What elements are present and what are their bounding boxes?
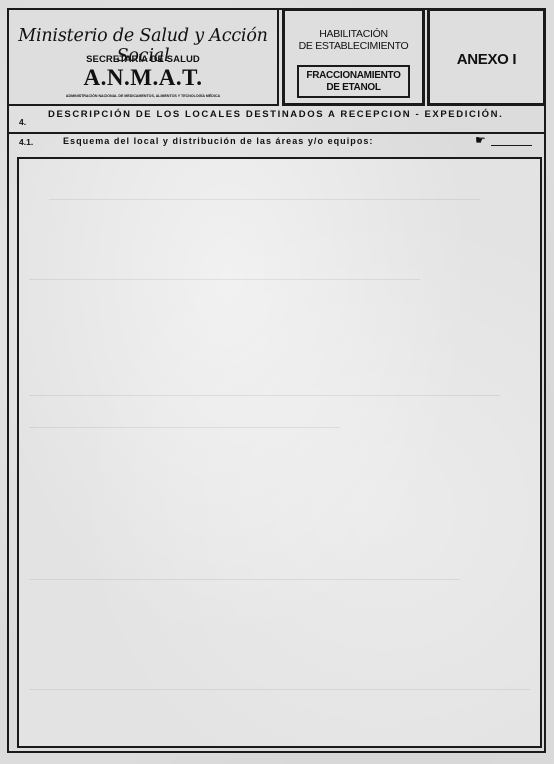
form-page: Ministerio de Salud y Acción Social SECR… — [0, 0, 554, 764]
section-4-1-row: 4.1. Esquema del local y distribución de… — [7, 134, 546, 150]
habilitacion-line1: HABILITACIÓN — [285, 28, 422, 40]
anmat-full-name: ADMINISTRACIÓN NACIONAL DE MEDICAMENTOS,… — [9, 94, 277, 98]
ministry-header-box: Ministerio de Salud y Acción Social SECR… — [7, 8, 279, 106]
secretaria-label: SECRETARÍA DE SALUD — [9, 54, 277, 65]
bleed-through-line — [29, 579, 460, 580]
fraccionamiento-box: FRACCIONAMIENTO DE ETANOL — [297, 65, 410, 98]
habilitacion-line2: DE ESTABLECIMIENTO — [285, 40, 422, 52]
anexo-box: ANEXO I — [427, 8, 546, 106]
section-4-row: 4. DESCRIPCIÓN DE LOS LOCALES DESTINADOS… — [7, 106, 546, 134]
habilitacion-title: HABILITACIÓN DE ESTABLECIMIENTO — [285, 28, 422, 52]
section-4-1-heading: Esquema del local y distribución de las … — [63, 136, 373, 146]
fraccionamiento-line2: DE ETANOL — [306, 82, 400, 94]
fill-line — [491, 145, 532, 146]
bleed-through-line — [29, 427, 340, 428]
section-4-1-number: 4.1. — [19, 137, 33, 147]
bleed-through-line — [29, 689, 530, 690]
section-4-number: 4. — [19, 117, 26, 127]
habilitacion-box: HABILITACIÓN DE ESTABLECIMIENTO FRACCION… — [282, 8, 425, 106]
pointing-hand-icon: ☛ — [475, 134, 486, 146]
fraccionamiento-line1: FRACCIONAMIENTO — [306, 70, 400, 82]
bleed-through-line — [49, 199, 480, 200]
anexo-label: ANEXO I — [430, 51, 543, 68]
bleed-through-line — [29, 279, 420, 280]
bleed-through-line — [29, 395, 500, 396]
section-4-heading: DESCRIPCIÓN DE LOS LOCALES DESTINADOS A … — [48, 110, 528, 120]
anmat-logo-text: A.N.M.A.T. — [9, 65, 277, 91]
layout-sketch-area[interactable] — [17, 157, 542, 748]
